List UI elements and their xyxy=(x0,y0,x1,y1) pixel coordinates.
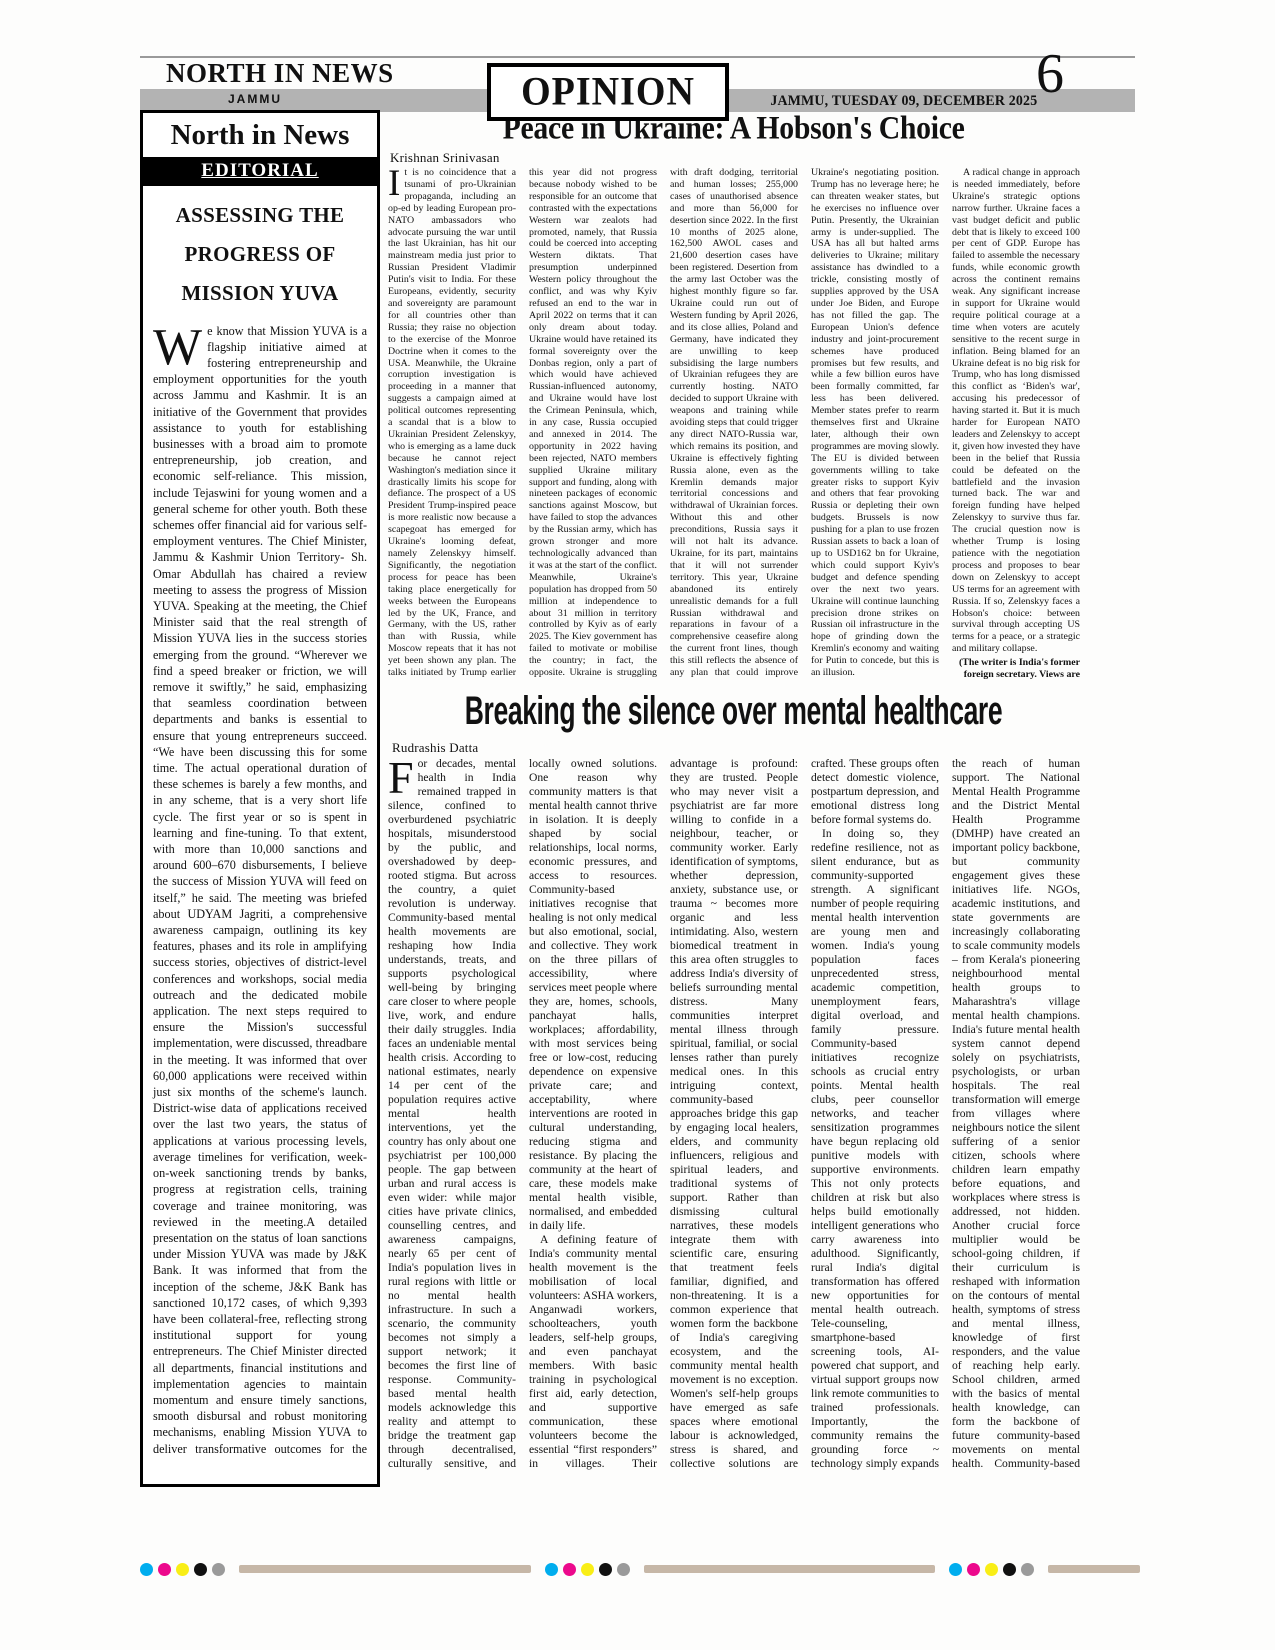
editorial-paragraphs: We know that Mission YUVA is a flagship … xyxy=(153,323,367,1453)
registration-dot-icon xyxy=(581,1563,594,1576)
ukraine-article-paragraphs: It is no coincidence that a tsunami of p… xyxy=(388,167,1080,690)
registration-bar xyxy=(1048,1565,1140,1573)
registration-dot-icon xyxy=(140,1563,153,1576)
dateline: JAMMU, TUESDAY 09, DECEMBER 2025 xyxy=(770,93,1018,110)
article-paragraph: In doing so, they redefine resilience, n… xyxy=(811,757,1080,1481)
registration-dot-icon xyxy=(1021,1563,1034,1576)
editorial-headline: ASSESSING THE PROGRESS OF MISSION YUVA xyxy=(143,186,377,319)
registration-dot-icon xyxy=(563,1563,576,1576)
ukraine-article-byline: Krishnan Srinivasan xyxy=(390,150,500,166)
article-paragraph: It is no coincidence that a tsunami of p… xyxy=(388,167,939,690)
registration-dot-icon xyxy=(1003,1563,1016,1576)
mental-article-headline: Breaking the silence over mental healthc… xyxy=(388,692,1080,731)
registration-dots-right xyxy=(949,1563,1039,1576)
mental-article-byline: Rudrashis Datta xyxy=(392,740,478,756)
mental-article-paragraphs: For decades, mental health in India rema… xyxy=(388,757,1080,1481)
masthead-edition: JAMMU xyxy=(166,92,344,106)
registration-dot-icon xyxy=(545,1563,558,1576)
registration-bar xyxy=(644,1565,936,1573)
registration-dots-left xyxy=(140,1563,230,1576)
newspaper-opinion-page: { "page": { "masthead": "NORTH IN NEWS",… xyxy=(0,0,1275,1650)
registration-dot-icon xyxy=(985,1563,998,1576)
registration-dot-icon xyxy=(599,1563,612,1576)
masthead-title: NORTH IN NEWS xyxy=(166,58,394,89)
editorial-kicker: EDITORIAL xyxy=(143,157,377,186)
registration-dot-icon xyxy=(967,1563,980,1576)
editorial-box-title: North in News xyxy=(143,113,377,157)
editorial-body: We know that Mission YUVA is a flagship … xyxy=(143,319,377,1453)
article-paragraph: A radical change in approach is needed i… xyxy=(952,167,1080,655)
mental-article-body: For decades, mental health in India rema… xyxy=(388,757,1080,1481)
registration-dot-icon xyxy=(158,1563,171,1576)
section-label: OPINION xyxy=(521,69,695,115)
registration-bar xyxy=(239,1565,531,1573)
ukraine-article-body: It is no coincidence that a tsunami of p… xyxy=(388,167,1080,690)
registration-dot-icon xyxy=(212,1563,225,1576)
section-label-box: OPINION xyxy=(487,63,729,121)
registration-dot-icon xyxy=(176,1563,189,1576)
editorial-box: North in News EDITORIAL ASSESSING THE PR… xyxy=(140,110,380,1487)
article-paragraph: We know that Mission YUVA is a flagship … xyxy=(153,323,367,1453)
registration-dot-icon xyxy=(617,1563,630,1576)
registration-dot-icon xyxy=(949,1563,962,1576)
registration-dots-center xyxy=(545,1563,635,1576)
page-number: 6 xyxy=(1036,46,1064,102)
footer-registration-marks xyxy=(140,1561,1140,1577)
registration-dot-icon xyxy=(194,1563,207,1576)
